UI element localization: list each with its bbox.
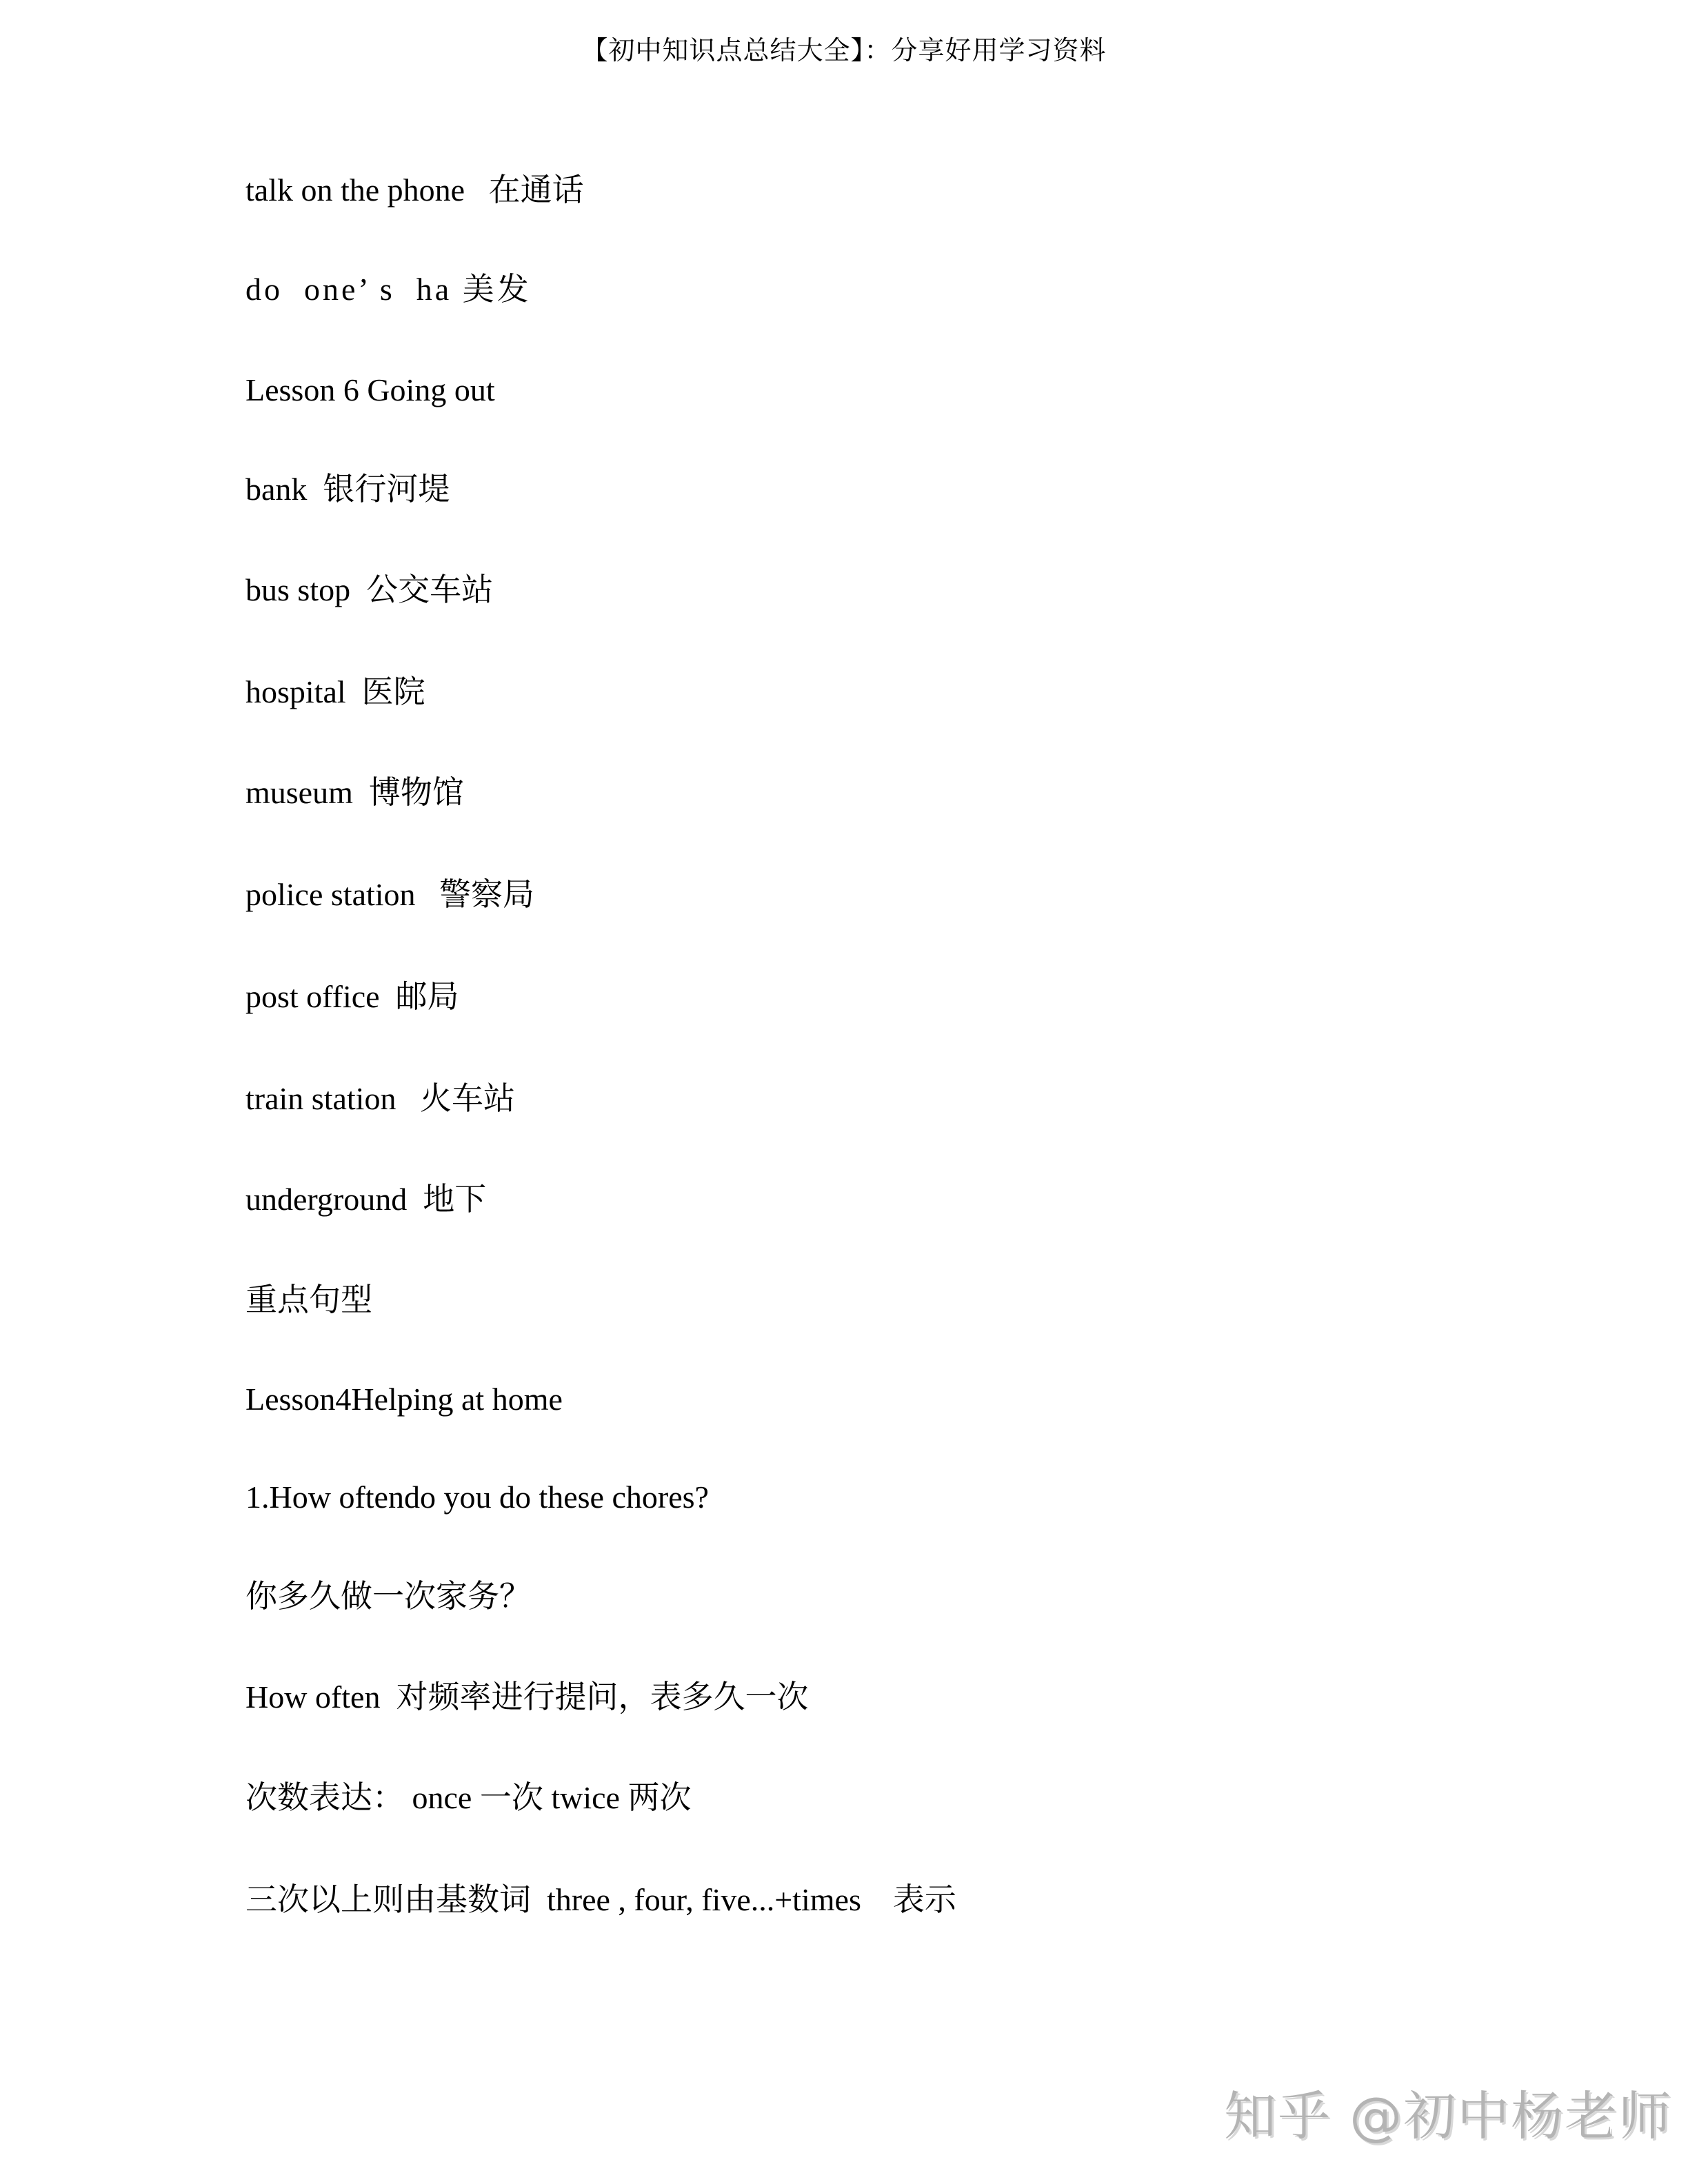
lesson-heading-going-out: Lesson 6 Going out	[245, 366, 495, 414]
vocab-line-underground: underground 地下	[245, 1175, 486, 1224]
vocab-line-police-station: police station 警察局	[245, 871, 534, 919]
vocab-line-train-station: train station 火车站	[245, 1075, 515, 1123]
page-header-title: 【初中知识点总结大全】：分享好用学习资料	[0, 30, 1688, 72]
vocab-line-hospital: hospital 医院	[245, 668, 425, 716]
sentence-translation: 你多久做一次家务？	[245, 1573, 531, 1621]
note-three-times-above: 三次以上则由基数词 three , four, five...+times 表示	[245, 1876, 956, 1924]
vocab-line-bank: bank 银行河堤	[245, 465, 450, 514]
note-how-often: How often 对频率进行提问，表多久一次	[245, 1673, 808, 1721]
zhihu-watermark: 知乎 @初中杨老师	[1224, 2082, 1672, 2151]
vocab-line-talk-on-the-phone: talk on the phone 在通话	[245, 166, 584, 214]
vocab-line-museum: museum 博物馆	[245, 769, 464, 817]
vocab-line-post-office: post office 邮局	[245, 973, 459, 1021]
sentence-how-often: 1.How oftendo you do these chores?	[245, 1473, 709, 1521]
vocab-line-do-ones-hair: do one’ s ha 美发	[245, 265, 532, 314]
note-frequency-expressions: 次数表达： once 一次 twice 两次	[245, 1774, 691, 1822]
section-heading-key-sentences: 重点句型	[245, 1276, 372, 1324]
vocab-line-bus-stop: bus stop 公交车站	[245, 566, 493, 614]
lesson-heading-helping-at-home: Lesson4Helping at home	[245, 1375, 563, 1424]
